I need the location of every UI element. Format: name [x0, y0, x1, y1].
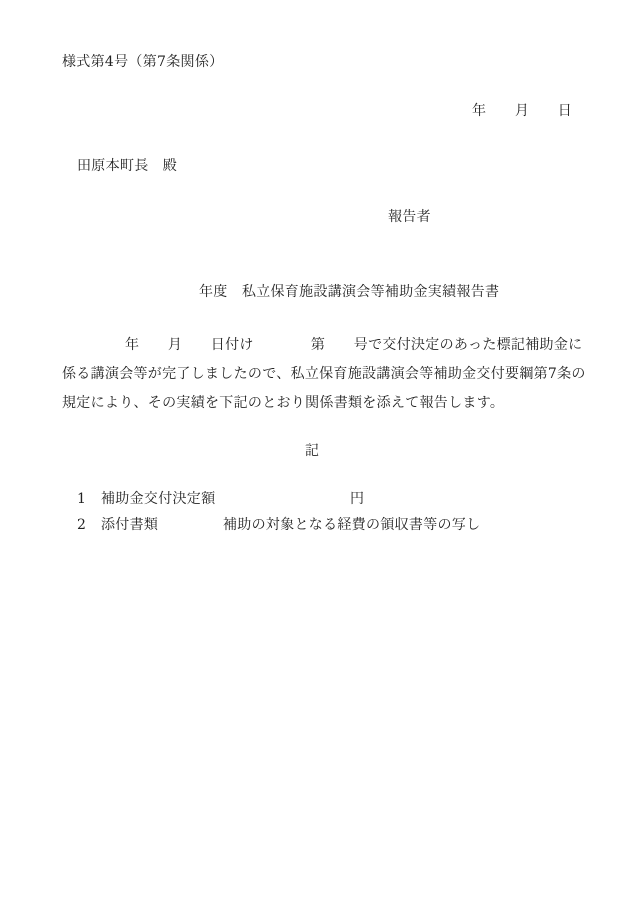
body-paragraph-line-3: 規定により、その実績を下記のとおり関係書類を添えて報告します。: [62, 393, 504, 413]
list-item-1: 1 補助金交付決定額 円: [0, 489, 630, 509]
report-form-page: 様式第4号（第7条関係） 年 月 日 田原本町長 殿 報告者 年度 私立保育施設…: [0, 0, 630, 903]
form-number: 様式第4号（第7条関係）: [62, 52, 223, 72]
document-title: 年度 私立保育施設講演会等補助金実績報告書: [199, 282, 499, 302]
item-2-label: 添付書類: [101, 515, 158, 535]
date-line: 年 月 日: [472, 101, 572, 121]
reporter-label: 報告者: [388, 207, 431, 227]
body-paragraph-line-2: 係る講演会等が完了しましたので、私立保育施設講演会等補助金交付要綱第7条の: [62, 364, 586, 384]
item-1-unit: 円: [350, 489, 364, 509]
item-2-number: 2: [77, 515, 86, 535]
item-1-label: 補助金交付決定額: [101, 489, 215, 509]
section-marker-ki: 記: [305, 441, 319, 461]
item-1-number: 1: [77, 489, 86, 509]
body-paragraph-line-1: 年 月 日付け 第 号で交付決定のあった標記補助金に: [125, 335, 582, 355]
list-item-2: 2 添付書類 補助の対象となる経費の領収書等の写し: [0, 515, 630, 535]
item-2-value: 補助の対象となる経費の領収書等の写し: [223, 515, 480, 535]
addressee-line: 田原本町長 殿: [77, 156, 177, 176]
